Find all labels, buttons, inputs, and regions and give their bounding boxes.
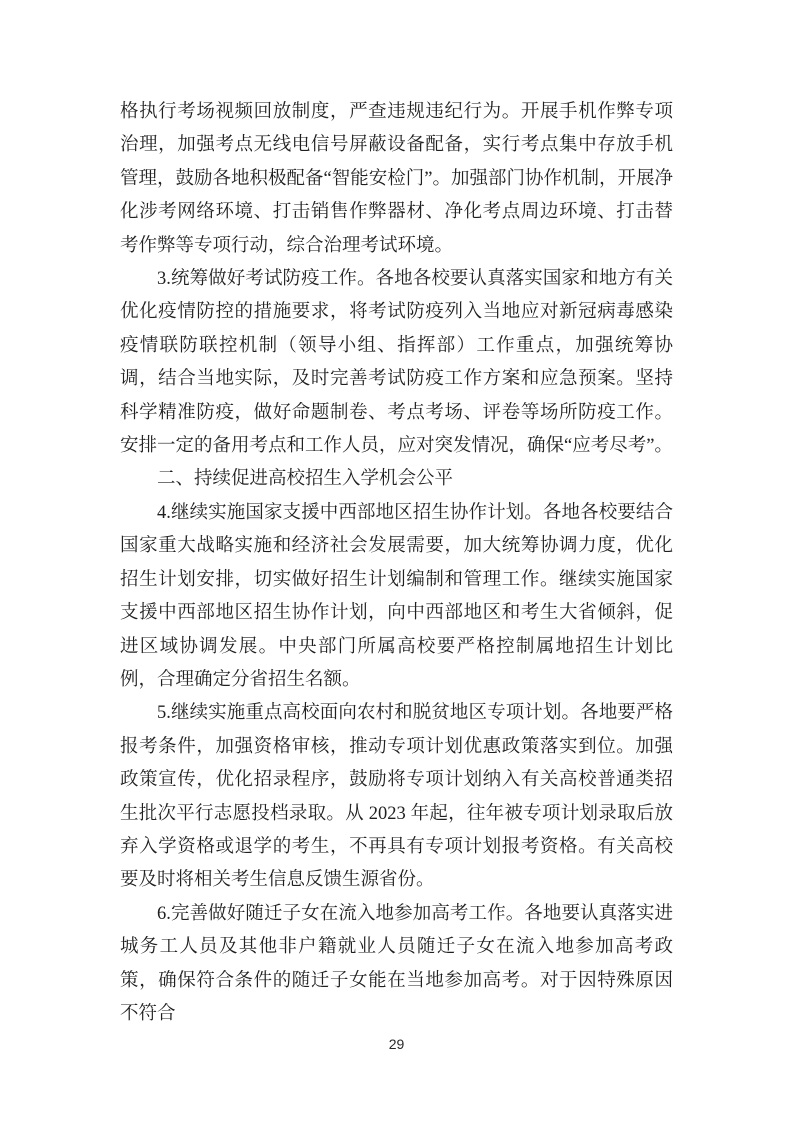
paragraph: 3.统筹做好考试防疫工作。各地各校要认真落实国家和地方有关优化疫情防控的措施要求… — [120, 263, 673, 463]
page-number: 29 — [0, 1036, 793, 1052]
document-page: 格执行考场视频回放制度，严查违规违纪行为。开展手机作弊专项治理，加强考点无线电信… — [0, 0, 793, 1122]
paragraph: 6.完善做好随迁子女在流入地参加高考工作。各地要认真落实进城务工人员及其他非户籍… — [120, 898, 673, 1032]
paragraph: 4.继续实施国家支援中西部地区招生协作计划。各地各校要结合国家重大战略实施和经济… — [120, 497, 673, 697]
document-body: 格执行考场视频回放制度，严查违规违纪行为。开展手机作弊专项治理，加强考点无线电信… — [120, 96, 673, 1031]
paragraph: 5.继续实施重点高校面向农村和脱贫地区专项计划。各地要严格报考条件，加强资格审核… — [120, 697, 673, 897]
paragraph: 格执行考场视频回放制度，严查违规违纪行为。开展手机作弊专项治理，加强考点无线电信… — [120, 96, 673, 263]
section-heading: 二、持续促进高校招生入学机会公平 — [120, 463, 673, 496]
